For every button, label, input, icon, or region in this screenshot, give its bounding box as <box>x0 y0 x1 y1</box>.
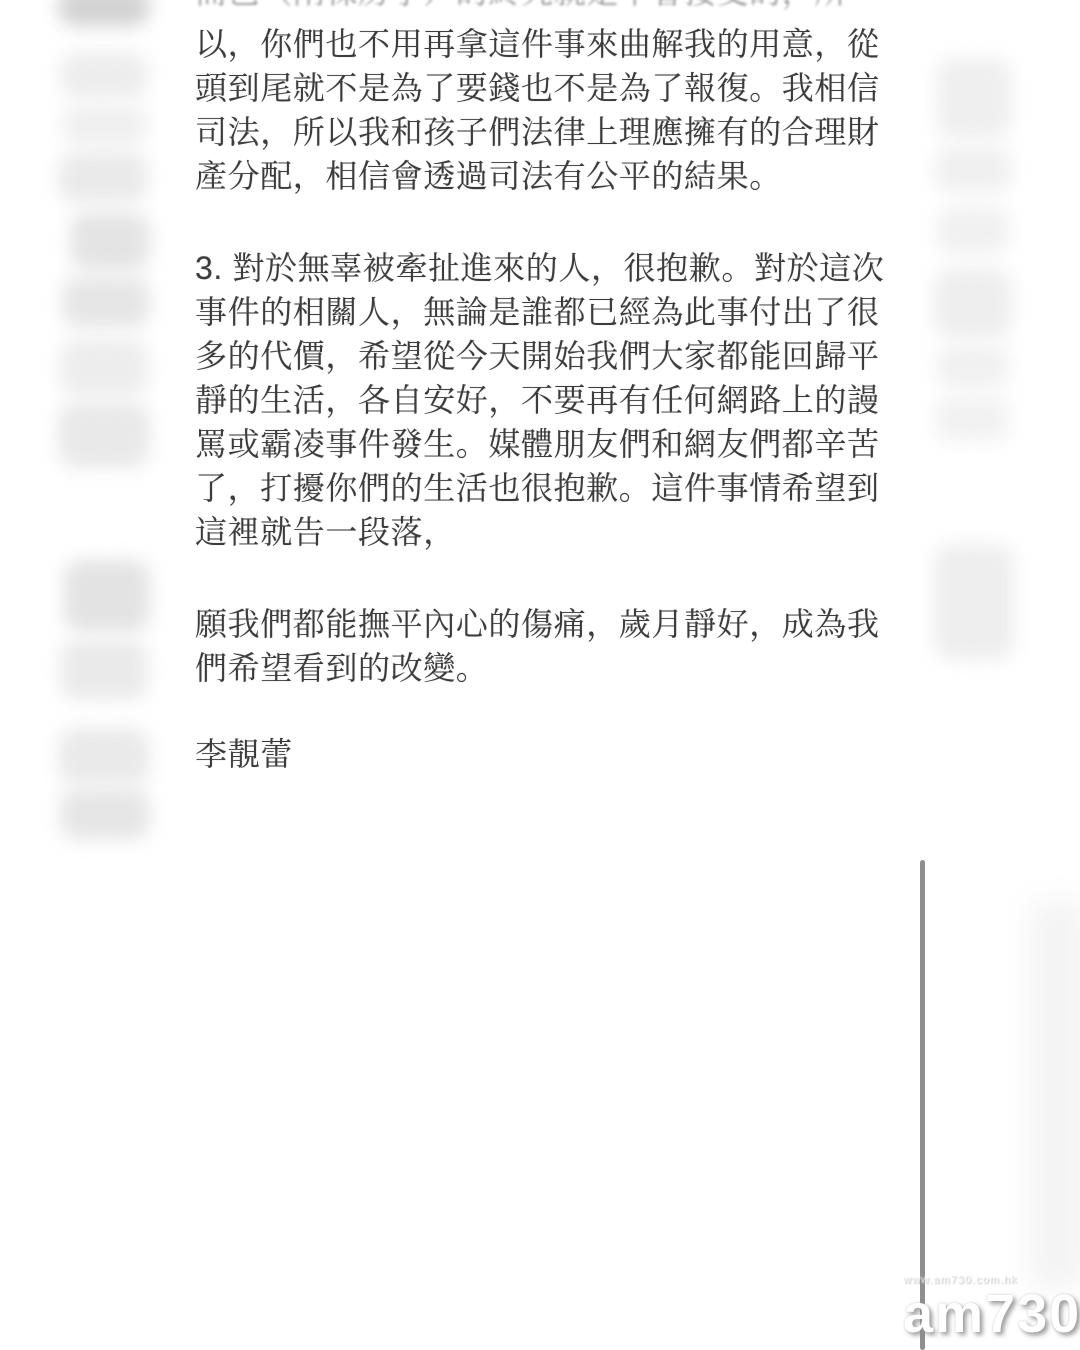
text-line: 了，打擾你們的生活也很抱歉。這件事情希望到 <box>195 466 895 510</box>
clipped-top-text-line: 而已（兩棟房子）的終究就是不會接受的，所 <box>195 0 895 14</box>
blur-blob <box>936 344 1010 388</box>
blur-blob <box>60 640 148 700</box>
blur-blob <box>934 544 1014 660</box>
blur-blob <box>936 206 1010 254</box>
blur-blob <box>60 52 148 98</box>
text-line: 產分配，相信會透過司法有公平的結果。 <box>195 154 895 198</box>
blur-blob <box>58 728 150 784</box>
blur-blob <box>58 402 150 468</box>
watermark: www.am730.com.hk am730 <box>903 1274 1080 1342</box>
text-line: 頭到尾就不是為了要錢也不是為了報復。我相信 <box>195 66 895 110</box>
text-line: 事件的相關人，無論是誰都已經為此事付出了很 <box>195 290 895 334</box>
blur-blob <box>934 268 1012 338</box>
text-line: 多的代價，希望從今天開始我們大家都能回歸平 <box>195 334 895 378</box>
text-line: 以，你們也不用再拿這件事來曲解我的用意，從 <box>195 22 895 66</box>
text-line: 靜的生活，各自安好，不要再有任何網路上的謾 <box>195 378 895 422</box>
paragraph-3: 願我們都能撫平內心的傷痛，歲月靜好，成為我 們希望看到的改變。 <box>195 602 895 690</box>
blur-blob <box>70 212 150 270</box>
statement-image: 而已（兩棟房子）的終究就是不會接受的，所 以，你們也不用再拿這件事來曲解我的用意… <box>0 0 1080 1350</box>
signature: 李靚蕾 <box>195 732 895 776</box>
text-line: 願我們都能撫平內心的傷痛，歲月靜好，成為我 <box>195 602 895 646</box>
text-line: 3. 對於無辜被牽扯進來的人，很抱歉。對於這次 <box>195 246 895 290</box>
watermark-url-text: www.am730.com.hk <box>903 1274 1080 1286</box>
statement-text: 以，你們也不用再拿這件事來曲解我的用意，從 頭到尾就不是為了要錢也不是為了報復。… <box>195 22 895 776</box>
blur-blob <box>936 58 1012 138</box>
text-line: 們希望看到的改變。 <box>195 646 895 690</box>
blur-blob <box>934 396 1010 442</box>
blur-blob <box>58 152 148 202</box>
text-line: 罵或霸凌事件發生。媒體朋友們和網友們都辛苦 <box>195 422 895 466</box>
blur-blob <box>62 104 148 146</box>
text-line: 這裡就告一段落， <box>195 510 895 554</box>
blur-blob <box>58 0 150 26</box>
blur-blob <box>62 276 150 328</box>
paragraph-1: 以，你們也不用再拿這件事來曲解我的用意，從 頭到尾就不是為了要錢也不是為了報復。… <box>195 22 895 198</box>
blur-blob <box>1028 900 1080 1290</box>
blur-blob <box>60 788 150 840</box>
blur-blob <box>64 560 150 632</box>
paragraph-2: 3. 對於無辜被牽扯進來的人，很抱歉。對於這次 事件的相關人，無論是誰都已經為此… <box>195 246 895 554</box>
am730-logo: am730 <box>903 1286 1080 1342</box>
blur-blob <box>934 146 1012 192</box>
text-line: 司法，所以我和孩子們法律上理應擁有的合理財 <box>195 110 895 154</box>
blur-blob <box>60 338 148 396</box>
